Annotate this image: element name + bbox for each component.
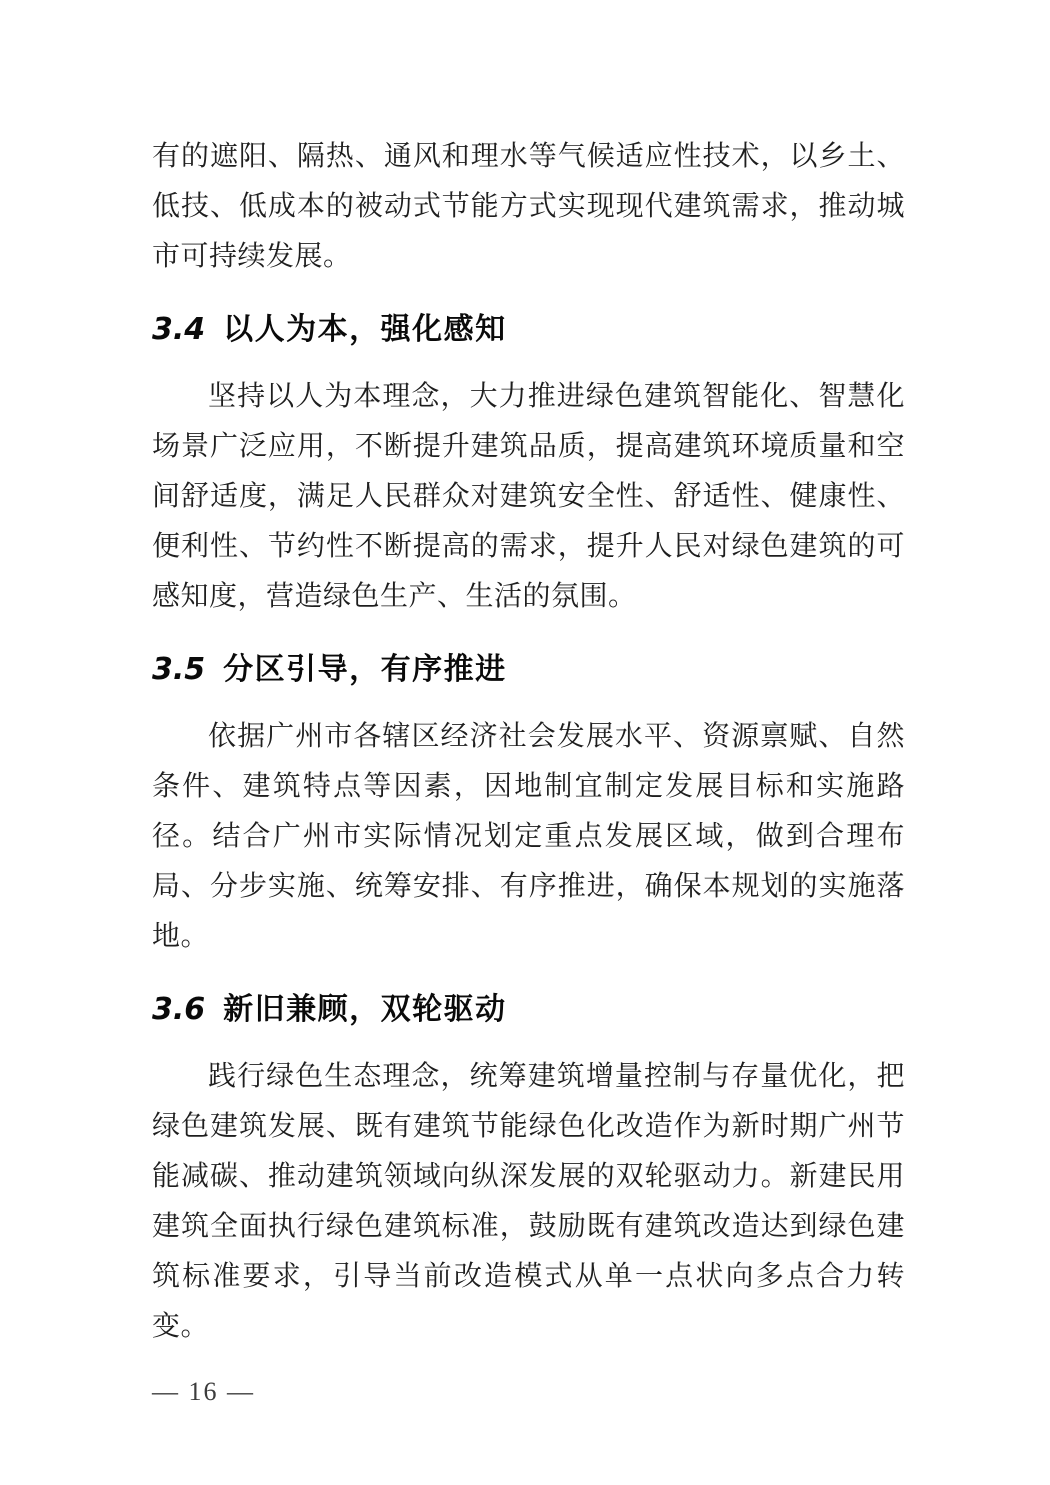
section-number: 3.6 xyxy=(152,992,205,1027)
section-title: 以人为本，强化感知 xyxy=(223,312,507,347)
section-title: 新旧兼顾，双轮驱动 xyxy=(223,992,507,1027)
section-title: 分区引导，有序推进 xyxy=(223,652,507,687)
section-body-3-6: 践行绿色生态理念，统筹建筑增量控制与存量优化，把绿色建筑发展、既有建筑节能绿色化… xyxy=(152,1052,905,1352)
page-content: 有的遮阳、隔热、通风和理水等气候适应性技术，以乡土、低技、低成本的被动式节能方式… xyxy=(152,132,905,1352)
page-number: — 16 — xyxy=(152,1377,255,1406)
section-heading-3-4: 3.4以人为本，强化感知 xyxy=(152,310,905,350)
section-heading-3-6: 3.6新旧兼顾，双轮驱动 xyxy=(152,990,905,1030)
page-footer: — 16 — xyxy=(152,1375,255,1409)
continued-paragraph: 有的遮阳、隔热、通风和理水等气候适应性技术，以乡土、低技、低成本的被动式节能方式… xyxy=(152,132,905,282)
section-number: 3.5 xyxy=(152,652,205,687)
document-page: 有的遮阳、隔热、通风和理水等气候适应性技术，以乡土、低技、低成本的被动式节能方式… xyxy=(0,0,1050,1485)
section-heading-3-5: 3.5分区引导，有序推进 xyxy=(152,650,905,690)
section-body-3-4: 坚持以人为本理念，大力推进绿色建筑智能化、智慧化场景广泛应用，不断提升建筑品质，… xyxy=(152,372,905,622)
section-number: 3.4 xyxy=(152,312,205,347)
section-body-3-5: 依据广州市各辖区经济社会发展水平、资源禀赋、自然条件、建筑特点等因素，因地制宜制… xyxy=(152,712,905,962)
